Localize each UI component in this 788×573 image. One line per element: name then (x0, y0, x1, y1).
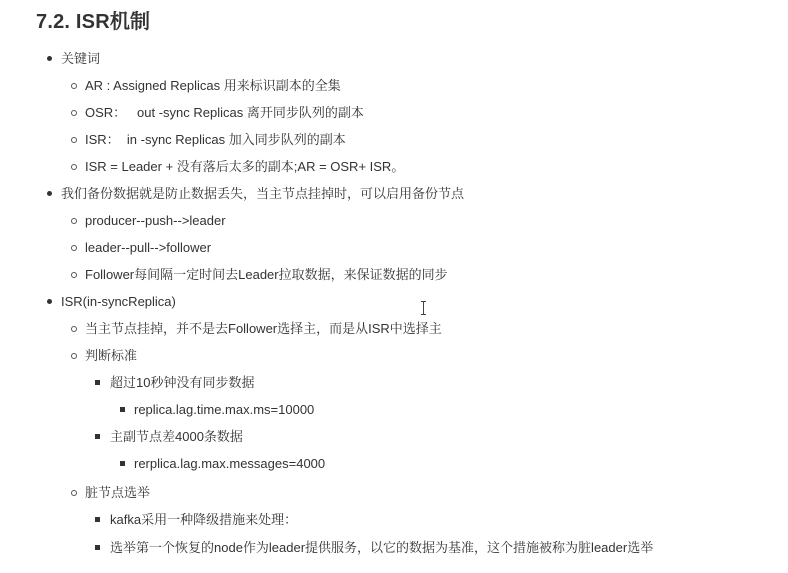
circle-bullet-icon (68, 126, 80, 153)
list-item-text: ISR： in -sync Replicas 加入同步队列的副本 (85, 126, 346, 153)
square-bullet-icon (92, 534, 104, 561)
circle-bullet-icon (68, 207, 80, 234)
list-item-text: 选举第一个恢复的node作为leader提供服务，以它的数据为基准，这个措施被称… (110, 534, 653, 561)
list-item-text: replica.lag.time.max.ms=10000 (134, 396, 314, 423)
document-page: 7.2. ISR机制 关键词 AR : Assigned Replicas 用来… (0, 0, 788, 573)
list-item-text: 脏节点选举 (85, 479, 150, 506)
list-item-text: 当主节点挂掉，并不是去Follower选择主，而是从ISR中选择主 (85, 315, 442, 342)
list-item-text: kafka采用一种降级措施来处理： (110, 506, 297, 533)
disc-bullet-icon (44, 180, 56, 207)
list-item-text: 我们备份数据就是防止数据丢失，当主节点挂掉时，可以启用备份节点 (61, 180, 464, 207)
list-item-text: OSR： out -sync Replicas 离开同步队列的副本 (85, 99, 364, 126)
square-bullet-icon (92, 423, 104, 450)
circle-bullet-icon (68, 234, 80, 261)
circle-bullet-icon (68, 342, 80, 369)
square-bullet-icon (117, 396, 129, 423)
square-bullet-icon (92, 369, 104, 396)
list-item-text: 关键词 (61, 45, 100, 72)
square-bullet-icon (92, 506, 104, 533)
circle-bullet-icon (68, 479, 80, 506)
list-item-text: 主副节点差4000条数据 (110, 423, 243, 450)
circle-bullet-icon (68, 99, 80, 126)
list-item-text: rerplica.lag.max.messages=4000 (134, 450, 325, 477)
text-cursor-icon (420, 301, 428, 315)
circle-bullet-icon (68, 72, 80, 99)
section-title: 7.2. ISR机制 (36, 8, 150, 36)
list-item-text: ISR(in-syncReplica) (61, 288, 176, 315)
list-item-text: leader--pull-->follower (85, 234, 211, 261)
list-item-text: 判断标准 (85, 342, 137, 369)
list-item-text: producer--push-->leader (85, 207, 226, 234)
circle-bullet-icon (68, 261, 80, 288)
disc-bullet-icon (44, 288, 56, 315)
circle-bullet-icon (68, 315, 80, 342)
disc-bullet-icon (44, 45, 56, 72)
square-bullet-icon (117, 450, 129, 477)
list-item-text: Follower每间隔一定时间去Leader拉取数据，来保证数据的同步 (85, 261, 448, 288)
list-item-text: AR : Assigned Replicas 用来标识副本的全集 (85, 72, 341, 99)
circle-bullet-icon (68, 153, 80, 180)
list-item-text: ISR = Leader + 没有落后太多的副本;AR = OSR+ ISR。 (85, 153, 404, 180)
list-item-text: 超过10秒钟没有同步数据 (110, 369, 254, 396)
